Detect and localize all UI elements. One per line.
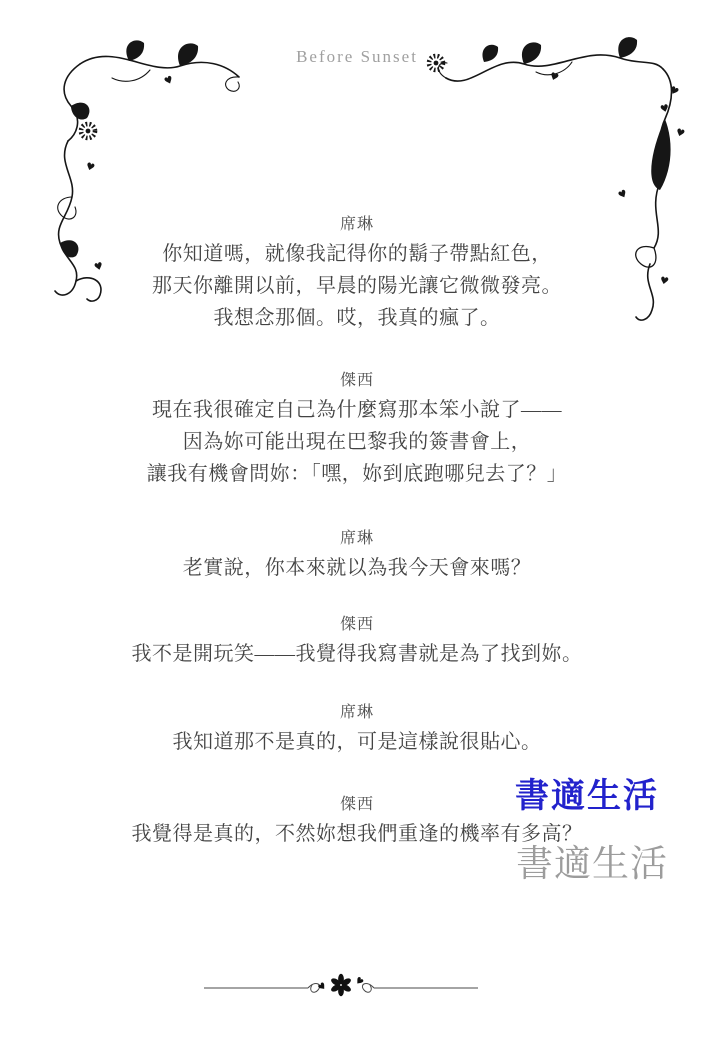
- dialogue-line: 你知道嗎，就像我記得你的鬍子帶點紅色，: [0, 238, 714, 270]
- footer-divider-icon: ♥ ♥: [202, 971, 480, 1001]
- dialogue-line: 老實說，你本來就以為我今天會來嗎？: [0, 552, 714, 584]
- dialogue-block: 席琳 老實說，你本來就以為我今天會來嗎？: [0, 526, 714, 584]
- dialogue-block: 席琳 你知道嗎，就像我記得你的鬍子帶點紅色， 那天你離開以前，早晨的陽光讓它微微…: [0, 212, 714, 334]
- heart-icon: ♥: [659, 103, 670, 116]
- speaker-name: 傑西: [0, 612, 714, 638]
- heart-icon: ♥: [617, 188, 630, 202]
- watermark-gray: 書適生活: [516, 846, 668, 883]
- heart-icon: ♥: [163, 74, 176, 88]
- dialogue-line: 我知道那不是真的，可是這樣說很貼心。: [0, 726, 714, 758]
- dialogue-line: 讓我有機會問妳：「嘿，妳到底跑哪兒去了？」: [0, 458, 714, 490]
- dialogue-block: 傑西 我不是開玩笑——我覺得我寫書就是為了找到妳。: [0, 612, 714, 670]
- dialogue-line: 我想念那個。哎，我真的瘋了。: [0, 302, 714, 334]
- heart-icon: ♥: [667, 85, 680, 99]
- heart-icon: ♥: [317, 981, 330, 994]
- dialogue-line: 我不是開玩笑——我覺得我寫書就是為了找到妳。: [0, 638, 714, 670]
- dialogue-block: 席琳 我知道那不是真的，可是這樣說很貼心。: [0, 700, 714, 758]
- dialogue-block: 傑西 現在我很確定自己為什麼寫那本笨小說了—— 因為妳可能出現在巴黎我的簽書會上…: [0, 368, 714, 490]
- dialogue-line: 那天你離開以前，早晨的陽光讓它微微發亮。: [0, 270, 714, 302]
- heart-icon: ♥: [352, 976, 365, 989]
- heart-icon: ♥: [674, 127, 686, 140]
- watermark-blue: 書適生活: [515, 780, 659, 814]
- speaker-name: 席琳: [0, 212, 714, 238]
- dialogue-line: 現在我很確定自己為什麼寫那本笨小說了——: [0, 394, 714, 426]
- dialogue-line: 因為妳可能出現在巴黎我的簽書會上，: [0, 426, 714, 458]
- speaker-name: 席琳: [0, 700, 714, 726]
- speaker-name: 席琳: [0, 526, 714, 552]
- speaker-name: 傑西: [0, 368, 714, 394]
- book-page: Before Sunset ♥ ♥ ♥: [0, 0, 714, 1051]
- heart-icon: ♥: [548, 71, 560, 84]
- heart-icon: ♥: [84, 161, 96, 174]
